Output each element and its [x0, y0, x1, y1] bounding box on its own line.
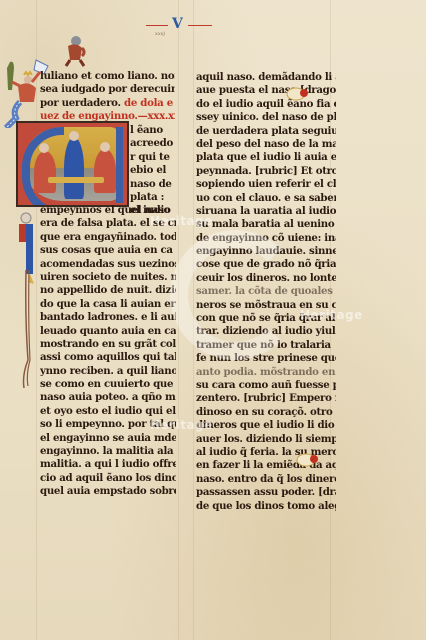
historiated-initial [16, 121, 129, 207]
figure-center-icon [64, 137, 84, 199]
text-line: engayinno. la malitia ala [40, 445, 176, 458]
text-column-left: luliano et como liano. non sea iudgado p… [40, 70, 175, 124]
text-line: ebio el [130, 164, 175, 177]
text-line: peynnada. [rubric] Et otro ñ el ẽio [196, 165, 336, 178]
text-line: sea iudgado por derecuinero et [40, 83, 175, 96]
text-line: zentero. [rubric] Empero miuuet cuo [196, 392, 336, 405]
folio-initial: V [172, 16, 183, 32]
text-line: plata : [130, 191, 175, 204]
folio-header: V xxvj [140, 14, 220, 38]
text-line: anto podia. mõstrando en [196, 366, 336, 379]
text-line: aquil naso. demãdando li agr [196, 71, 336, 84]
head-icon [69, 131, 79, 141]
text-line: naso. entro da q̃ los dineros : [196, 473, 336, 486]
rubric-heading: de dola e satta [124, 97, 175, 109]
text-line: quel auia empstado sobre [40, 485, 176, 498]
folio-number: xxvj [155, 31, 165, 37]
text-line: plata que el iudio li auia en [196, 151, 336, 164]
text-column-left-lower: empeynnos el quel naso era de falsa plat… [40, 204, 176, 499]
text-line: su cara como auñ fuesse pla [196, 379, 336, 392]
initial-letter-stem [116, 127, 123, 203]
marginal-monkey-icon [62, 34, 86, 68]
text-line: aue puesta el naso [dragon] dese [196, 84, 336, 97]
text-line: naso de [130, 178, 175, 191]
text-line: uo con el clauo. e sa saber cõ [196, 192, 336, 205]
red-flourish [188, 25, 212, 26]
text-line: su mala baratia al uenino [196, 218, 336, 231]
text-line: r qui te [130, 151, 175, 164]
dragon-line-filler-icon [296, 452, 320, 468]
text-line: de uerdadera plata seguiun: [196, 125, 336, 138]
text-line: malitia. a qui l iudio offres [40, 458, 176, 471]
text-line: cio ad aquil ẽano los dinos [40, 472, 176, 485]
text-line: dinoso en su coraçõ. otro los [196, 406, 336, 419]
text-line: siruana la uaratia al iudio en [196, 205, 336, 218]
text-line: passassen assu poder. [dragon] [rubric] … [196, 486, 336, 499]
text-line: ynno reciben. a quil liano [40, 365, 176, 378]
text-line: do el iudio aquil ẽano fia cõ [196, 98, 336, 111]
figure-right-icon [94, 149, 116, 193]
marginal-standing-figure-icon [16, 210, 36, 390]
watermark-text: Heritage [300, 308, 363, 322]
text-line: por uerdadero. de dola e satta [40, 97, 175, 110]
text-line: acreedo [130, 137, 175, 150]
head-icon [39, 143, 49, 153]
text-line: luliano et como liano. non [40, 70, 175, 83]
text-line: leuado quanto auia en casa [40, 325, 176, 338]
text-span: por uerdadero. [40, 97, 121, 109]
text-line: el engayinno se auia mde al [40, 432, 176, 445]
figure-left-icon [34, 151, 56, 193]
head-icon [100, 142, 110, 152]
text-line: se como en cuuierto que el [40, 378, 176, 391]
text-line: l ẽano [130, 124, 175, 137]
text-line: uiren societo de nuites. me [40, 271, 176, 284]
dragon-line-filler-icon [286, 86, 310, 102]
text-line: dineros que el iudio li dio i [196, 419, 336, 432]
text-line: bantado ladrones. e li auia [40, 311, 176, 324]
watermark-logo-icon [170, 230, 300, 360]
table-with-coins [48, 177, 104, 183]
text-line: naso auia poteo. a qño mo [40, 391, 176, 404]
watermark-text: Heritage [150, 418, 213, 432]
text-line: et oyo esto el iudio qui el na [40, 405, 176, 418]
text-line: sus cosas que auia en ca sa [40, 244, 176, 257]
red-flourish [146, 25, 168, 26]
text-line: no appellido de nuit. dizié [40, 284, 176, 297]
text-line: sopiendo uien referir el cla [196, 178, 336, 191]
manuscript-page: V xxvj luliano et como liano. non sea iu… [0, 0, 426, 640]
text-line: del peso del naso de la mala i [196, 138, 336, 151]
text-line: acomendadas sus uezinos in [40, 258, 176, 271]
text-line: do que la casa li auian ere [40, 298, 176, 311]
text-line: mostrando en su grãt coloc. [40, 338, 176, 351]
watermark-text: Heritage [150, 214, 213, 228]
text-line: que era engayñinado. todas [40, 231, 176, 244]
text-line: ssey uinico. del naso de plata [196, 111, 336, 124]
text-line: auer los. diziendo li siempre [196, 433, 336, 446]
text-line: assi como aquillos qui tal da [40, 351, 176, 364]
text-line: de que los dinos tomo alegr [196, 500, 336, 513]
